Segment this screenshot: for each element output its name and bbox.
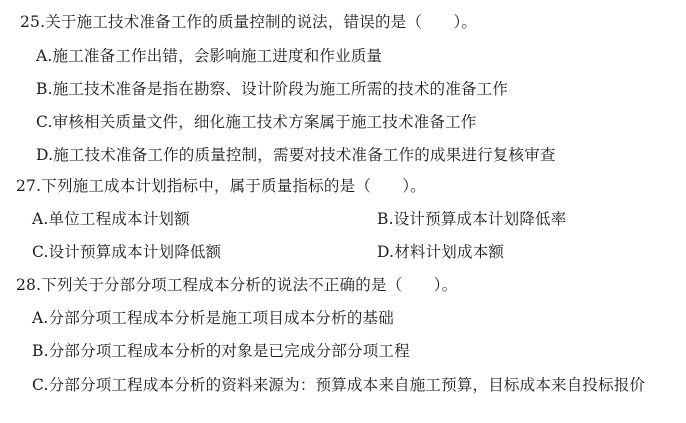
option-c: C.设计预算成本计划降低额 bbox=[32, 242, 221, 262]
question-stem: 25.关于施工技术准备工作的质量控制的说法，错误的是（ ）。 bbox=[20, 12, 477, 32]
option-a: A.施工准备工作出错，会影响施工进度和作业质量 bbox=[36, 46, 382, 66]
option-b: B.施工技术准备是指在勘察、设计阶段为施工所需的技术的准备工作 bbox=[36, 79, 508, 99]
option-d: D.施工技术准备工作的质量控制，需要对技术准备工作的成果进行复核审查 bbox=[36, 145, 556, 165]
question-stem: 28.下列关于分部分项工程成本分析的说法不正确的是（ ）。 bbox=[16, 275, 457, 295]
option-a: A.单位工程成本计划额 bbox=[32, 209, 190, 229]
option-c: C.审核相关质量文件，细化施工技术方案属于施工技术准备工作 bbox=[36, 112, 477, 132]
option-d: D.材料计划成本额 bbox=[377, 242, 504, 262]
option-a: A.分部分项工程成本分析是施工项目成本分析的基础 bbox=[32, 308, 394, 328]
question-stem: 27.下列施工成本计划指标中，属于质量指标的是（ ）。 bbox=[16, 176, 426, 196]
option-b: B.分部分项工程成本分析的对象是已完成分部分项工程 bbox=[32, 341, 410, 361]
option-b: B.设计预算成本计划降低率 bbox=[377, 209, 566, 229]
option-c: C.分部分项工程成本分析的资料来源为：预算成本来自施工预算，目标成本来自投标报价 bbox=[32, 375, 645, 395]
